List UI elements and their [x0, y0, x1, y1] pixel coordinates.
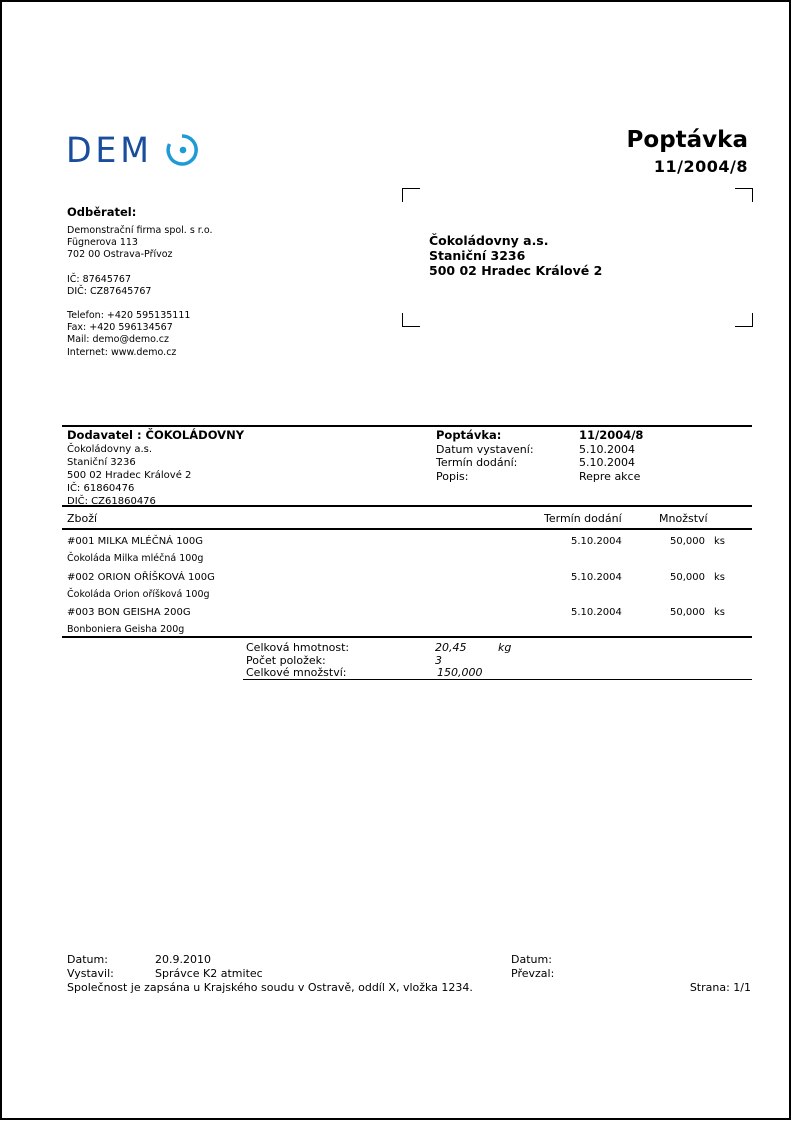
supplier-city: 500 02 Hradec Králové 2 — [67, 469, 244, 482]
total-quantity-value: 150,000 — [435, 667, 483, 680]
buyer-mail: Mail: demo@demo.cz — [67, 334, 213, 346]
recipient-line1: Čokoládovny a.s. — [429, 233, 602, 248]
address-corner-tr — [735, 188, 753, 202]
item-date: 5.10.2004 — [571, 536, 622, 547]
order-info: Poptávka:11/2004/8 Datum vystavení:5.10.… — [436, 429, 643, 483]
order-value: 11/2004/8 — [579, 429, 643, 443]
footer-issued-value: Správce K2 atmitec — [155, 967, 263, 981]
address-corner-br — [735, 313, 753, 327]
description-label: Popis: — [436, 470, 579, 484]
item-quantity: 50,000 — [670, 536, 705, 547]
buyer-phone: Telefon: +420 595135111 — [67, 310, 213, 322]
footer-date-label: Datum: — [67, 953, 108, 967]
buyer-fax: Fax: +420 596134567 — [67, 322, 213, 334]
column-delivery-date: Termín dodání — [544, 512, 622, 525]
logo-o-icon — [166, 133, 200, 169]
demo-logo: DEM — [66, 133, 157, 169]
item-unit: ks — [714, 536, 725, 547]
item-description: Bonboniera Geisha 200g — [67, 624, 184, 635]
document-title: Poptávka — [627, 127, 748, 153]
description-value: Repre akce — [579, 470, 640, 484]
item-quantity: 50,000 — [670, 607, 705, 618]
item-description: Čokoláda Orion oříšková 100g — [67, 589, 210, 600]
divider — [62, 528, 752, 530]
issue-date-label: Datum vystavení: — [436, 443, 579, 457]
divider — [62, 505, 752, 507]
logo-text: DEM — [66, 133, 153, 169]
footer-date-value: 20.9.2010 — [155, 953, 211, 967]
address-corner-bl — [402, 313, 420, 327]
footer-received-date-label: Datum: — [511, 953, 552, 967]
supplier-company: Čokoládovny a.s. — [67, 443, 244, 456]
total-quantity-label: Celkové množství: — [246, 667, 349, 680]
document-number: 11/2004/8 — [654, 157, 748, 176]
footer-issued-label: Vystavil: — [67, 967, 114, 981]
buyer-dic: DIČ: CZ87645767 — [67, 286, 213, 298]
column-goods: Zboží — [67, 512, 97, 525]
buyer-label: Odběratel: — [67, 205, 136, 219]
total-weight-label: Celková hmotnost: — [246, 642, 349, 655]
delivery-date-label: Termín dodání: — [436, 456, 579, 470]
total-weight-value: 20,45 — [435, 642, 483, 655]
buyer-block: Demonstrační firma spol. s r.o. Fügnerov… — [67, 225, 213, 359]
page-number: Strana: 1/1 — [690, 981, 751, 995]
divider — [62, 425, 752, 427]
order-label: Poptávka: — [436, 429, 579, 443]
supplier-street: Staniční 3236 — [67, 456, 244, 469]
divider — [62, 636, 752, 638]
divider — [243, 679, 752, 680]
supplier-ic: IČ: 61860476 — [67, 482, 244, 495]
recipient-address: Čokoládovny a.s. Staniční 3236 500 02 Hr… — [429, 233, 602, 278]
item-quantity: 50,000 — [670, 572, 705, 583]
company-registry: Společnost je zapsána u Krajského soudu … — [67, 981, 473, 995]
summary-labels: Celková hmotnost: Počet položek: Celkové… — [246, 642, 349, 680]
item-code: #001 MILKA MLÉČNÁ 100G — [67, 536, 203, 547]
column-quantity: Množství — [659, 512, 708, 525]
issue-date-value: 5.10.2004 — [579, 443, 635, 457]
buyer-street: Fügnerova 113 — [67, 237, 213, 249]
supplier-block: Dodavatel : ČOKOLÁDOVNY Čokoládovny a.s.… — [67, 429, 244, 509]
delivery-date-value: 5.10.2004 — [579, 456, 635, 470]
item-date: 5.10.2004 — [571, 572, 622, 583]
item-unit: ks — [714, 607, 725, 618]
address-corner-tl — [402, 188, 420, 202]
supplier-heading: Dodavatel : ČOKOLÁDOVNY — [67, 429, 244, 443]
summary-values: 20,45 3 150,000 — [435, 642, 483, 680]
item-code: #002 ORION OŘÍŠKOVÁ 100G — [67, 572, 215, 583]
recipient-line3: 500 02 Hradec Králové 2 — [429, 263, 602, 278]
item-unit: ks — [714, 572, 725, 583]
buyer-ic: IČ: 87645767 — [67, 274, 213, 286]
item-description: Čokoláda Milka mléčná 100g — [67, 553, 203, 564]
total-weight-unit: kg — [498, 642, 511, 655]
buyer-web: Internet: www.demo.cz — [67, 347, 213, 359]
buyer-city: 702 00 Ostrava-Přívoz — [67, 249, 213, 261]
item-date: 5.10.2004 — [571, 607, 622, 618]
item-code: #003 BON GEISHA 200G — [67, 607, 191, 618]
recipient-line2: Staniční 3236 — [429, 248, 602, 263]
footer-received-label: Převzal: — [511, 967, 554, 981]
buyer-company: Demonstrační firma spol. s r.o. — [67, 225, 213, 237]
